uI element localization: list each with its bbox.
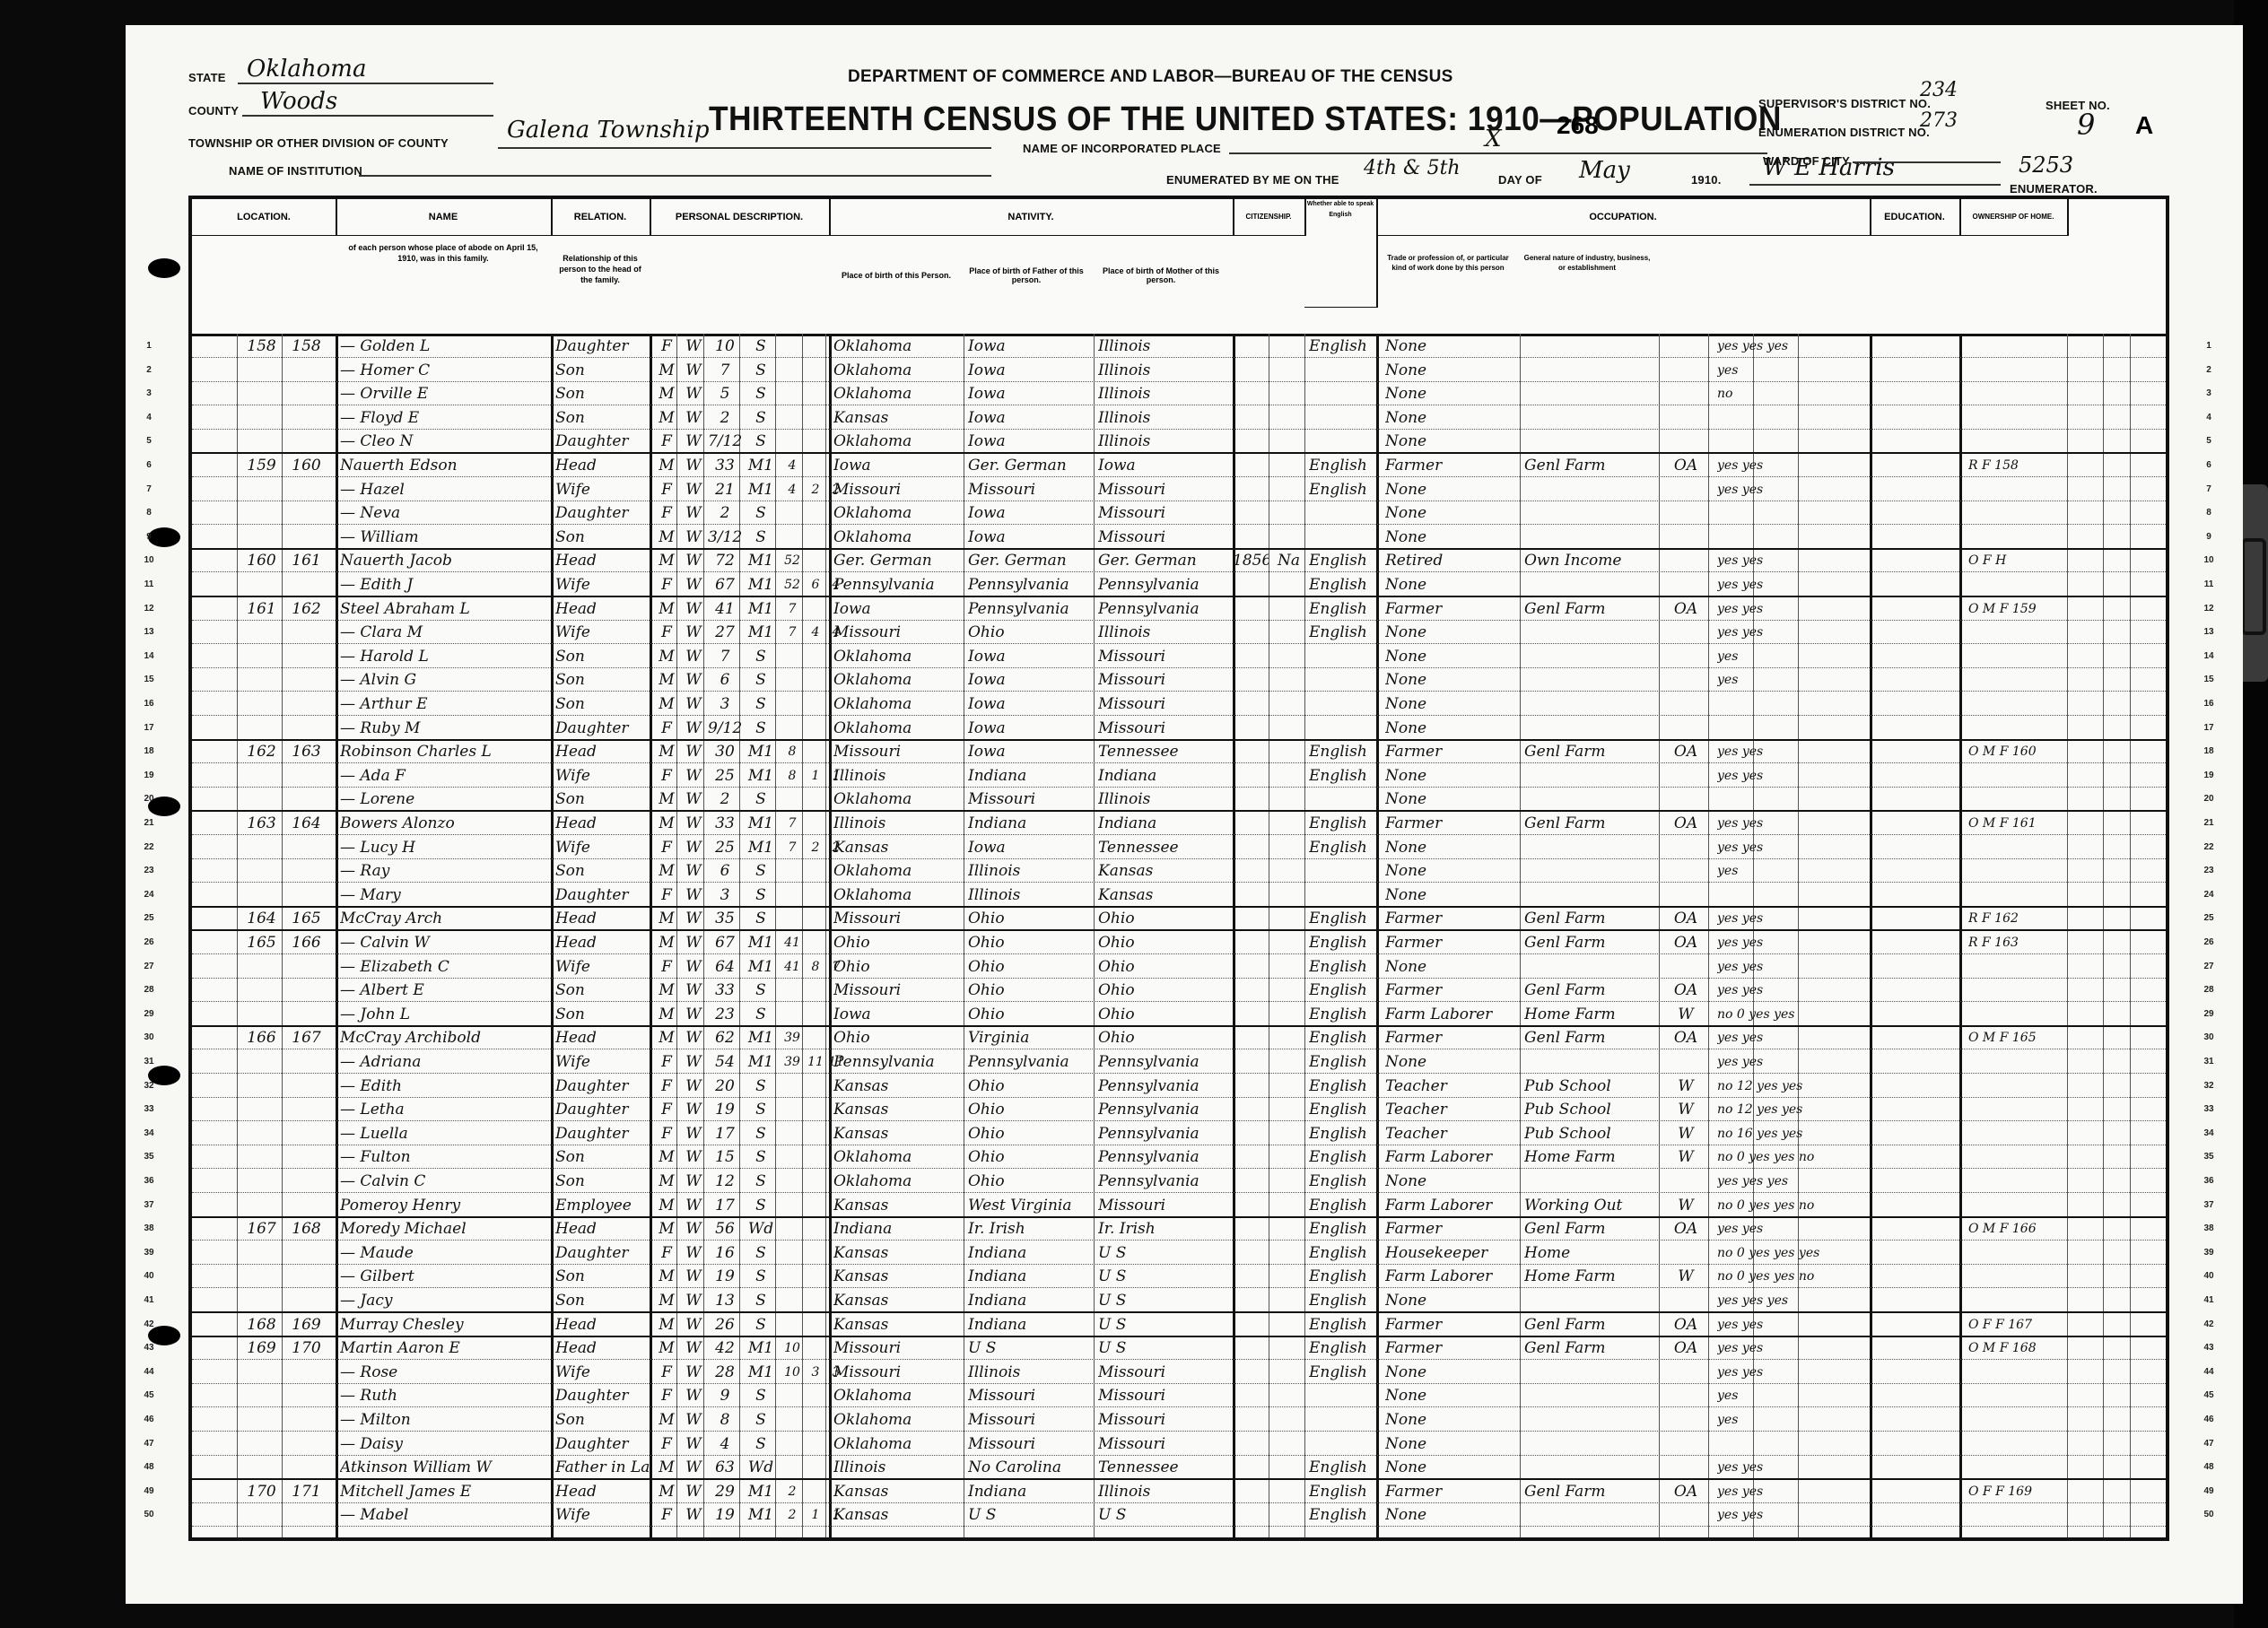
industry: Pub School bbox=[1524, 1075, 1659, 1097]
marital-status: S bbox=[744, 669, 778, 691]
industry: Genl Farm bbox=[1524, 979, 1659, 1001]
sex: M bbox=[654, 527, 679, 548]
trade: None bbox=[1385, 765, 1520, 787]
education: yes yes yes bbox=[1717, 1171, 1950, 1192]
education: yes yes bbox=[1717, 813, 1950, 834]
race: W bbox=[681, 335, 706, 357]
county-value: Woods bbox=[260, 88, 337, 115]
marital-status: S bbox=[744, 1075, 778, 1097]
relation: Father in Law bbox=[555, 1457, 650, 1478]
home-ownership: O F H bbox=[1968, 550, 2067, 571]
relation: Head bbox=[555, 1218, 650, 1240]
line-number-right: 39 bbox=[2198, 1248, 2220, 1258]
age: 7 bbox=[708, 646, 742, 667]
line-number: 5 bbox=[138, 436, 160, 446]
enumerator-number: 5253 bbox=[2019, 152, 2073, 178]
table-row: 3939— MaudeDaughterFW16SKansasIndianaU S… bbox=[192, 1241, 2166, 1265]
age: 21 bbox=[708, 479, 742, 501]
table-row: 1414— Harold LSonMW7SOklahomaIowaMissour… bbox=[192, 644, 2166, 668]
line-number-right: 37 bbox=[2198, 1200, 2220, 1210]
marital-status: S bbox=[744, 360, 778, 381]
table-row: 99— WilliamSonMW3/12SOklahomaIowaMissour… bbox=[192, 525, 2166, 550]
birthplace-father: Ohio bbox=[968, 932, 1094, 953]
home-ownership: R F 162 bbox=[1968, 908, 2067, 929]
birthplace-person: Oklahoma bbox=[833, 383, 964, 405]
birthplace-father: Pennsylvania bbox=[968, 598, 1094, 620]
sex: F bbox=[654, 1075, 679, 1097]
table-row: 2222— Lucy HWifeFW25M1722KansasIowaTenne… bbox=[192, 835, 2166, 859]
line-number: 21 bbox=[138, 818, 160, 828]
age: 35 bbox=[708, 908, 742, 929]
age: 9 bbox=[708, 1385, 742, 1406]
person-name: — Milton bbox=[340, 1409, 551, 1431]
relation: Head bbox=[555, 741, 650, 762]
person-name: Nauerth Edson bbox=[340, 455, 551, 476]
relation: Daughter bbox=[555, 1075, 650, 1097]
table-row: 2121163164Bowers AlonzoHeadMW33M17Illino… bbox=[192, 811, 2166, 835]
trade: None bbox=[1385, 956, 1520, 978]
age: 29 bbox=[708, 1481, 742, 1502]
person-name: Martin Aaron E bbox=[340, 1337, 551, 1359]
relation: Wife bbox=[555, 956, 650, 978]
table-row: 88— NevaDaughterFW2SOklahomaIowaMissouri… bbox=[192, 501, 2166, 525]
year-label: 1910. bbox=[1691, 173, 1722, 187]
race: W bbox=[681, 479, 706, 501]
trade: Farmer bbox=[1385, 741, 1520, 762]
employer-status: OA bbox=[1663, 741, 1708, 762]
trade: None bbox=[1385, 1385, 1520, 1406]
race: W bbox=[681, 1409, 706, 1431]
table-row: 4141— JacySonMW13SKansasIndianaU SEnglis… bbox=[192, 1288, 2166, 1313]
relation: Head bbox=[555, 1337, 650, 1359]
relation: Daughter bbox=[555, 1123, 650, 1145]
birthplace-person: Kansas bbox=[833, 837, 964, 858]
state-value: Oklahoma bbox=[247, 56, 366, 83]
birthplace-mother: U S bbox=[1098, 1504, 1228, 1526]
birthplace-father: Indiana bbox=[968, 1242, 1094, 1264]
line-number-right: 22 bbox=[2198, 842, 2220, 852]
home-ownership: R F 158 bbox=[1968, 455, 2067, 476]
relation: Daughter bbox=[555, 1242, 650, 1264]
person-name: — Calvin W bbox=[340, 932, 551, 953]
birthplace-mother: Missouri bbox=[1098, 1433, 1228, 1455]
family-number: 166 bbox=[286, 932, 327, 953]
birthplace-person: Illinois bbox=[833, 765, 964, 787]
line-number-right: 24 bbox=[2198, 890, 2220, 900]
sex: M bbox=[654, 932, 679, 953]
table-row: 4040— GilbertSonMW19SKansasIndianaU SEng… bbox=[192, 1264, 2166, 1288]
sex: F bbox=[654, 884, 679, 906]
race: W bbox=[681, 1314, 706, 1336]
race: W bbox=[681, 1481, 706, 1502]
birthplace-mother: Tennessee bbox=[1098, 837, 1228, 858]
line-number-right: 27 bbox=[2198, 962, 2220, 971]
sex: M bbox=[654, 693, 679, 715]
education: yes yes bbox=[1717, 1218, 1950, 1240]
age: 33 bbox=[708, 813, 742, 834]
birthplace-person: Missouri bbox=[833, 1362, 964, 1383]
birthplace-father: Missouri bbox=[968, 479, 1094, 501]
table-row: 1919— Ada FWifeFW25M1811IllinoisIndianaI… bbox=[192, 763, 2166, 788]
department-heading: DEPARTMENT OF COMMERCE AND LABOR—BUREAU … bbox=[848, 67, 1453, 87]
sex: M bbox=[654, 1218, 679, 1240]
marital-status: S bbox=[744, 1266, 778, 1287]
person-name: — William bbox=[340, 527, 551, 548]
enumerated-label: ENUMERATED BY ME ON THE bbox=[1166, 173, 1339, 187]
group-language: Whether able to speak English bbox=[1304, 199, 1378, 308]
age: 42 bbox=[708, 1337, 742, 1359]
race: W bbox=[681, 383, 706, 405]
race: W bbox=[681, 598, 706, 620]
line-number: 48 bbox=[138, 1462, 160, 1472]
employer-status: OA bbox=[1663, 979, 1708, 1001]
line-number-right: 29 bbox=[2198, 1009, 2220, 1019]
marital-status: S bbox=[744, 1004, 778, 1025]
birthplace-mother: Missouri bbox=[1098, 502, 1228, 524]
sex: F bbox=[654, 622, 679, 643]
birthplace-father: Ohio bbox=[968, 1099, 1094, 1120]
person-name: Atkinson William W bbox=[340, 1457, 551, 1478]
relation: Daughter bbox=[555, 431, 650, 452]
industry: Genl Farm bbox=[1524, 932, 1659, 953]
line-number-right: 47 bbox=[2198, 1439, 2220, 1449]
home-ownership: O F F 167 bbox=[1968, 1314, 2067, 1336]
industry: Genl Farm bbox=[1524, 813, 1659, 834]
sex: M bbox=[654, 1290, 679, 1311]
relation: Head bbox=[555, 1027, 650, 1049]
education: yes bbox=[1717, 1385, 1950, 1406]
industry: Working Out bbox=[1524, 1195, 1659, 1216]
birthplace-mother: Ohio bbox=[1098, 932, 1228, 953]
table-row: 4747— DaisyDaughterFW4SOklahomaMissouriM… bbox=[192, 1432, 2166, 1456]
person-name: — Lucy H bbox=[340, 837, 551, 858]
birthplace-father: No Carolina bbox=[968, 1457, 1094, 1478]
table-row: 44— Floyd ESonMW2SKansasIowaIllinoisNone bbox=[192, 405, 2166, 430]
race: W bbox=[681, 431, 706, 452]
age: 7 bbox=[708, 360, 742, 381]
trade: None bbox=[1385, 646, 1520, 667]
marital-status: S bbox=[744, 1171, 778, 1192]
dwelling-number: 165 bbox=[241, 932, 282, 953]
race: W bbox=[681, 908, 706, 929]
employer-status: W bbox=[1663, 1146, 1708, 1168]
employer-status: W bbox=[1663, 1195, 1708, 1216]
birthplace-mother: Missouri bbox=[1098, 1409, 1228, 1431]
education: no 0 yes yes bbox=[1717, 1004, 1950, 1025]
race: W bbox=[681, 1195, 706, 1216]
race: W bbox=[681, 884, 706, 906]
age: 2 bbox=[708, 788, 742, 810]
marital-status: M1 bbox=[744, 574, 778, 596]
line-number-right: 40 bbox=[2198, 1271, 2220, 1281]
township-label: TOWNSHIP OR OTHER DIVISION OF COUNTY bbox=[188, 136, 449, 150]
marital-status: S bbox=[744, 1195, 778, 1216]
line-number: 4 bbox=[138, 413, 160, 422]
employer-status: OA bbox=[1663, 1337, 1708, 1359]
industry: Genl Farm bbox=[1524, 598, 1659, 620]
person-name: — Clara M bbox=[340, 622, 551, 643]
race: W bbox=[681, 1171, 706, 1192]
industry: Home bbox=[1524, 1242, 1659, 1264]
relation: Head bbox=[555, 455, 650, 476]
birthplace-father: Iowa bbox=[968, 431, 1094, 452]
township-value: Galena Township bbox=[507, 117, 710, 144]
line-number-right: 43 bbox=[2198, 1343, 2220, 1353]
home-ownership: O M F 168 bbox=[1968, 1337, 2067, 1359]
person-name: — Homer C bbox=[340, 360, 551, 381]
home-ownership: O M F 159 bbox=[1968, 598, 2067, 620]
birthplace-father: Iowa bbox=[968, 693, 1094, 715]
age: 56 bbox=[708, 1218, 742, 1240]
census-table: LOCATION. NAME RELATION. PERSONAL DESCRI… bbox=[188, 196, 2169, 1541]
years-married: 39 bbox=[780, 1027, 805, 1049]
relation: Head bbox=[555, 550, 650, 571]
line-number: 8 bbox=[138, 508, 160, 518]
table-row: 3131— AdrianaWifeFW54M1391111Pennsylvani… bbox=[192, 1049, 2166, 1074]
sex: F bbox=[654, 335, 679, 357]
birthplace-person: Illinois bbox=[833, 1457, 964, 1478]
trade: None bbox=[1385, 383, 1520, 405]
education: no 12 yes yes bbox=[1717, 1099, 1950, 1120]
education: yes yes bbox=[1717, 574, 1950, 596]
relation: Head bbox=[555, 1481, 650, 1502]
dwelling-number: 166 bbox=[241, 1027, 282, 1049]
birthplace-father: U S bbox=[968, 1504, 1094, 1526]
birthplace-mother: Pennsylvania bbox=[1098, 1123, 1228, 1145]
age: 17 bbox=[708, 1195, 742, 1216]
birthplace-mother: Illinois bbox=[1098, 407, 1228, 429]
table-row: 2828— Albert ESonMW33SMissouriOhioOhioEn… bbox=[192, 978, 2166, 1002]
birthplace-mother: Ir. Irish bbox=[1098, 1218, 1228, 1240]
line-number: 37 bbox=[138, 1200, 160, 1210]
person-name: — Letha bbox=[340, 1099, 551, 1120]
sex: M bbox=[654, 813, 679, 834]
line-number: 19 bbox=[138, 770, 160, 780]
sex: M bbox=[654, 360, 679, 381]
marital-status: Wd bbox=[744, 1457, 778, 1478]
education: yes yes bbox=[1717, 1314, 1950, 1336]
race: W bbox=[681, 1457, 706, 1478]
line-number: 10 bbox=[138, 555, 160, 565]
birthplace-person: Oklahoma bbox=[833, 646, 964, 667]
birthplace-mother: Illinois bbox=[1098, 360, 1228, 381]
line-number: 38 bbox=[138, 1223, 160, 1233]
children-born: 4 bbox=[807, 622, 824, 643]
line-number: 50 bbox=[138, 1510, 160, 1519]
education: yes bbox=[1717, 1409, 1950, 1431]
industry-header: General nature of industry, business, or… bbox=[1520, 253, 1654, 273]
person-name: Nauerth Jacob bbox=[340, 550, 551, 571]
table-row: 1616— Arthur ESonMW3SOklahomaIowaMissour… bbox=[192, 692, 2166, 716]
race: W bbox=[681, 669, 706, 691]
relation: Son bbox=[555, 1290, 650, 1311]
marital-status: S bbox=[744, 1314, 778, 1336]
line-number: 15 bbox=[138, 675, 160, 684]
birthplace-person: Kansas bbox=[833, 1290, 964, 1311]
table-row: 1010160161Nauerth JacobHeadMW72M152Ger. … bbox=[192, 548, 2166, 572]
language: English bbox=[1309, 741, 1376, 762]
table-row: 4343169170Martin Aaron EHeadMW42M110Miss… bbox=[192, 1336, 2166, 1360]
birthplace-mother: Missouri bbox=[1098, 1362, 1228, 1383]
line-number-right: 35 bbox=[2198, 1152, 2220, 1162]
birthplace-person: Missouri bbox=[833, 979, 964, 1001]
line-number: 28 bbox=[138, 985, 160, 995]
birthplace-mother: Pennsylvania bbox=[1098, 1146, 1228, 1168]
race: W bbox=[681, 1027, 706, 1049]
birthplace-mother: Kansas bbox=[1098, 860, 1228, 882]
birthplace-mother: Pennsylvania bbox=[1098, 1171, 1228, 1192]
ward-label: WARD OF CITY bbox=[1763, 154, 1850, 168]
relation: Son bbox=[555, 646, 650, 667]
incorporated-place-label: NAME OF INCORPORATED PLACE bbox=[1023, 142, 1221, 155]
age: 26 bbox=[708, 1314, 742, 1336]
birthplace-father: Missouri bbox=[968, 1409, 1094, 1431]
trade: Farmer bbox=[1385, 979, 1520, 1001]
birthplace-father: West Virginia bbox=[968, 1195, 1094, 1216]
home-ownership: O M F 166 bbox=[1968, 1218, 2067, 1240]
trade: Retired bbox=[1385, 550, 1520, 571]
relation: Head bbox=[555, 1314, 650, 1336]
birthplace-person: Kansas bbox=[833, 1266, 964, 1287]
language: English bbox=[1309, 1266, 1376, 1287]
birthplace-father: Iowa bbox=[968, 527, 1094, 548]
birthplace-father: Ohio bbox=[968, 1123, 1094, 1145]
race: W bbox=[681, 1051, 706, 1073]
age: 3 bbox=[708, 693, 742, 715]
relation: Wife bbox=[555, 1051, 650, 1073]
line-number-right: 17 bbox=[2198, 723, 2220, 733]
birthplace-person: Missouri bbox=[833, 479, 964, 501]
age: 9/12 bbox=[708, 718, 742, 739]
years-married: 10 bbox=[780, 1337, 805, 1359]
relation: Son bbox=[555, 383, 650, 405]
relation: Son bbox=[555, 1409, 650, 1431]
age: 8 bbox=[708, 1409, 742, 1431]
person-name: — Neva bbox=[340, 502, 551, 524]
sex: M bbox=[654, 1146, 679, 1168]
institution-label: NAME OF INSTITUTION bbox=[229, 164, 362, 178]
birthplace-person: Oklahoma bbox=[833, 1146, 964, 1168]
race: W bbox=[681, 502, 706, 524]
person-name: — Mary bbox=[340, 884, 551, 906]
dwelling-number: 168 bbox=[241, 1314, 282, 1336]
age: 17 bbox=[708, 1123, 742, 1145]
birthplace-mother: Ger. German bbox=[1098, 550, 1228, 571]
state-label: STATE bbox=[188, 71, 226, 84]
table-row: 33— Orville ESonMW5SOklahomaIowaIllinois… bbox=[192, 381, 2166, 405]
age: 15 bbox=[708, 1146, 742, 1168]
age: 27 bbox=[708, 622, 742, 643]
education: no 12 yes yes bbox=[1717, 1075, 1950, 1097]
industry: Pub School bbox=[1524, 1099, 1659, 1120]
family-number: 170 bbox=[286, 1337, 327, 1359]
day-of-label: DAY OF bbox=[1498, 173, 1542, 187]
years-married: 7 bbox=[780, 813, 805, 834]
group-education: EDUCATION. bbox=[1870, 199, 1961, 236]
birthplace-father: Indiana bbox=[968, 1481, 1094, 1502]
name-description: of each person whose place of abode on A… bbox=[345, 242, 542, 264]
race: W bbox=[681, 1362, 706, 1383]
industry: Genl Farm bbox=[1524, 908, 1659, 929]
birthplace-person: Kansas bbox=[833, 1242, 964, 1264]
birthplace-father: U S bbox=[968, 1337, 1094, 1359]
marital-status: S bbox=[744, 335, 778, 357]
table-row: 4949170171Mitchell James EHeadMW29M12Kan… bbox=[192, 1479, 2166, 1503]
language: English bbox=[1309, 979, 1376, 1001]
birthplace-person: Kansas bbox=[833, 1075, 964, 1097]
marital-status: M1 bbox=[744, 1337, 778, 1359]
race: W bbox=[681, 956, 706, 978]
age: 25 bbox=[708, 837, 742, 858]
birthplace-mother: Pennsylvania bbox=[1098, 574, 1228, 596]
employer-status: W bbox=[1663, 1123, 1708, 1145]
table-row: 11158158— Golden LDaughterFW10SOklahomaI… bbox=[192, 334, 2166, 358]
trade: Teacher bbox=[1385, 1099, 1520, 1120]
age: 63 bbox=[708, 1457, 742, 1478]
line-number-right: 13 bbox=[2198, 627, 2220, 637]
family-number: 163 bbox=[286, 741, 327, 762]
table-row: 3333— LethaDaughterFW19SKansasOhioPennsy… bbox=[192, 1097, 2166, 1121]
line-number-right: 50 bbox=[2198, 1510, 2220, 1519]
trade: Farmer bbox=[1385, 1027, 1520, 1049]
dwelling-number: 158 bbox=[241, 335, 282, 357]
line-number-right: 7 bbox=[2198, 484, 2220, 494]
group-location: LOCATION. bbox=[192, 199, 337, 236]
trade: None bbox=[1385, 788, 1520, 810]
home-ownership: O M F 161 bbox=[1968, 813, 2067, 834]
relation: Employee bbox=[555, 1195, 650, 1216]
relation: Daughter bbox=[555, 1099, 650, 1120]
line-number-right: 28 bbox=[2198, 985, 2220, 995]
trade: Teacher bbox=[1385, 1123, 1520, 1145]
language: English bbox=[1309, 574, 1376, 596]
language: English bbox=[1309, 837, 1376, 858]
sex: M bbox=[654, 860, 679, 882]
birthplace-father: Illinois bbox=[968, 1362, 1094, 1383]
trade: None bbox=[1385, 669, 1520, 691]
person-name: — Edith J bbox=[340, 574, 551, 596]
marital-status: M1 bbox=[744, 765, 778, 787]
marital-status: S bbox=[744, 502, 778, 524]
birthplace-father: Indiana bbox=[968, 1266, 1094, 1287]
marital-status: M1 bbox=[744, 956, 778, 978]
person-name: — John L bbox=[340, 1004, 551, 1025]
birthplace-father: Missouri bbox=[968, 1385, 1094, 1406]
birth-father-header: Place of birth of Father of this person. bbox=[964, 266, 1089, 284]
sex: F bbox=[654, 574, 679, 596]
page-number: 268 bbox=[1557, 111, 1599, 140]
person-name: — Harold L bbox=[340, 646, 551, 667]
table-row: 4848Atkinson William WFather in LawMW63W… bbox=[192, 1455, 2166, 1480]
sex: M bbox=[654, 407, 679, 429]
person-name: — Daisy bbox=[340, 1433, 551, 1455]
trade: Housekeeper bbox=[1385, 1242, 1520, 1264]
race: W bbox=[681, 1385, 706, 1406]
dwelling-number: 161 bbox=[241, 598, 282, 620]
person-name: — Floyd E bbox=[340, 407, 551, 429]
enumerator-label: ENUMERATOR. bbox=[2010, 182, 2098, 196]
relation: Wife bbox=[555, 1504, 650, 1526]
children-born: 8 bbox=[807, 956, 824, 978]
race: W bbox=[681, 979, 706, 1001]
line-number-right: 19 bbox=[2198, 770, 2220, 780]
table-row: 4646— MiltonSonMW8SOklahomaMissouriMisso… bbox=[192, 1407, 2166, 1432]
race: W bbox=[681, 1504, 706, 1526]
page-title: THIRTEENTH CENSUS OF THE UNITED STATES: … bbox=[709, 100, 1782, 139]
sex: M bbox=[654, 1481, 679, 1502]
race: W bbox=[681, 1433, 706, 1455]
race: W bbox=[681, 1218, 706, 1240]
